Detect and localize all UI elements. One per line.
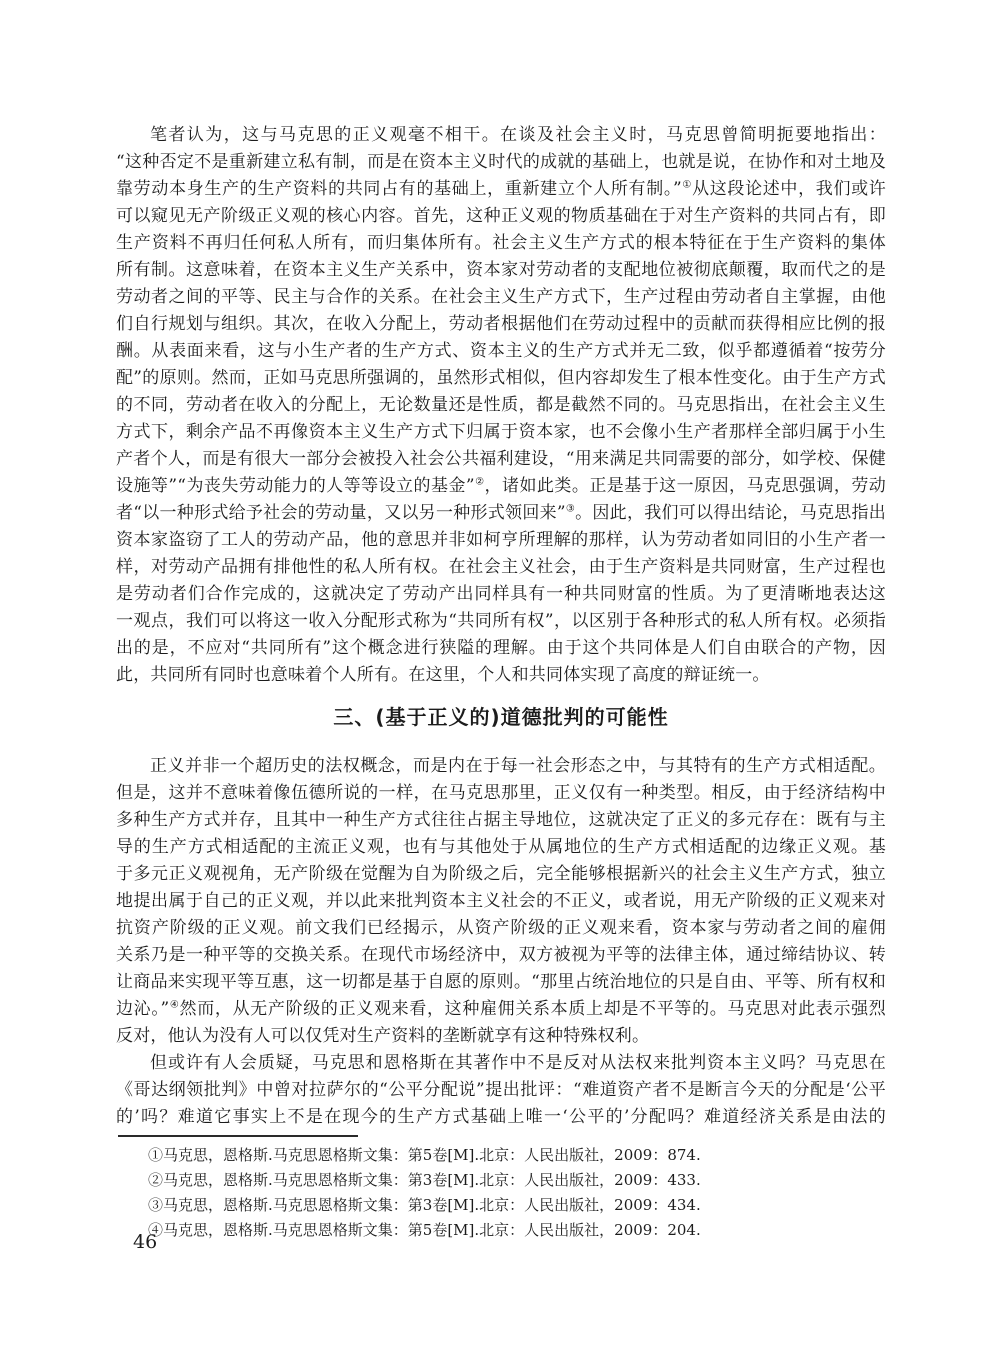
paragraph: 笔者认为，这与马克思的正义观毫不相干。在谈及社会主义时，马克思曾简明扼要地指出：…	[116, 122, 886, 689]
text-line: 产者个人，而是有很大一部分会被投入社会公共福利建设，“用来满足共同需要的部分，如…	[116, 446, 886, 473]
text-line: 生产资料不再归任何私人所有，而归集体所有。社会主义生产方式的根本特征在于生产资料…	[116, 230, 886, 257]
text-line: 所有制。这意味着，在资本主义生产关系中，资本家对劳动者的支配地位被彻底颠覆，取而…	[116, 257, 886, 284]
text-line: 《哥达纲领批判》中曾对拉萨尔的“公平分配说”提出批评：“难道资产者不是断言今天的…	[116, 1077, 886, 1104]
text-line: 出的是，不应对“共同所有”这个概念进行狭隘的理解。由于这个共同体是人们自由联合的…	[116, 635, 886, 662]
text-line: 正义并非一个超历史的法权概念，而是内在于每一社会形态之中，与其特有的生产方式相适…	[116, 753, 886, 780]
text-line: 配”的原则。然而，正如马克思所强调的，虽然形式相似，但内容却发生了根本性变化。由…	[116, 365, 886, 392]
text-line: 设施等”“为丧失劳动能力的人等等设立的基金”②，诸如此类。正是基于这一原因，马克…	[116, 473, 886, 500]
page-number: 46	[133, 1231, 157, 1253]
text-line: 劳动者之间的平等、民主与合作的关系。在社会主义生产方式下，生产过程由劳动者自主掌…	[116, 284, 886, 311]
text-line: 靠劳动本身生产的生产资料的共同占有的基础上，重新建立个人所有制。”①从这段论述中…	[116, 176, 886, 203]
text-line: 者“以一种形式给予社会的劳动量，又以另一种形式领回来”③。因此，我们可以得出结论…	[116, 500, 886, 527]
text-line: 酬。从表面来看，这与小生产者的生产方式、资本主义的生产方式并无二致，似乎都遵循着…	[116, 338, 886, 365]
footnote-separator	[118, 1135, 358, 1137]
text-line: 此，共同所有同时也意味着个人所有。在这里，个人和共同体实现了高度的辩证统一。	[116, 662, 886, 689]
text-line: 让商品来实现平等互惠，这一切都是基于自愿的原则。“那里占统治地位的只是自由、平等…	[116, 969, 886, 996]
text-line: 是劳动者们合作完成的，这就决定了劳动产出同样具有一种共同财富的性质。为了更清晰地…	[116, 581, 886, 608]
text-line: 资本家盗窃了工人的劳动产品，他的意思并非如柯亨所理解的那样，认为劳动者如同旧的小…	[116, 527, 886, 554]
text-line: 样，对劳动产品拥有排他性的私人所有权。在社会主义社会，由于生产资料是共同财富，生…	[116, 554, 886, 581]
text-line: 多种生产方式并存，且其中一种生产方式往往占据主导地位，这就决定了正义的多元存在：…	[116, 807, 886, 834]
text-line: 笔者认为，这与马克思的正义观毫不相干。在谈及社会主义时，马克思曾简明扼要地指出：	[116, 122, 886, 149]
footnote-area: ①马克思，恩格斯.马克思恩格斯文集：第5卷[M].北京：人民出版社，2009：8…	[116, 1131, 886, 1243]
section-heading: 三、(基于正义的)道德批判的可能性	[116, 702, 886, 732]
footnotes: ①马克思，恩格斯.马克思恩格斯文集：第5卷[M].北京：人民出版社，2009：8…	[116, 1143, 886, 1243]
text-line: 们自行规划与组织。其次，在收入分配上，劳动者根据他们在劳动过程中的贡献而获得相应…	[116, 311, 886, 338]
text-line: 但或许有人会质疑，马克思和恩格斯在其著作中不是反对从法权来批判资本主义吗？马克思…	[116, 1050, 886, 1077]
text-line: 可以窥见无产阶级正义观的核心内容。首先，这种正义观的物质基础在于对生产资料的共同…	[116, 203, 886, 230]
footnote-line: ③马克思，恩格斯.马克思恩格斯文集：第3卷[M].北京：人民出版社，2009：4…	[148, 1193, 886, 1218]
text-line: 方式下，剩余产品不再像资本主义生产方式下归属于资本家，也不会像小生产者那样全部归…	[116, 419, 886, 446]
body-text: 笔者认为，这与马克思的正义观毫不相干。在谈及社会主义时，马克思曾简明扼要地指出：…	[116, 122, 886, 1131]
text-line: 地提出属于自己的正义观，并以此来批判资本主义社会的不正义，或者说，用无产阶级的正…	[116, 888, 886, 915]
text-line: 于多元正义观视角，无产阶级在觉醒为自为阶级之后，完全能够根据新兴的社会主义生产方…	[116, 861, 886, 888]
text-line: 的’吗？难道它事实上不是在现今的生产方式基础上唯一‘公平的’分配吗？难道经济关系…	[116, 1104, 886, 1131]
paragraph: 但或许有人会质疑，马克思和恩格斯在其著作中不是反对从法权来批判资本主义吗？马克思…	[116, 1050, 886, 1131]
text-line: 反对，他认为没有人可以仅凭对生产资料的垄断就享有这种特殊权利。	[116, 1023, 886, 1050]
paragraph: 正义并非一个超历史的法权概念，而是内在于每一社会形态之中，与其特有的生产方式相适…	[116, 753, 886, 1050]
footnote-line: ④马克思，恩格斯.马克思恩格斯文集：第5卷[M].北京：人民出版社，2009：2…	[148, 1218, 886, 1243]
text-line: 抗资产阶级的正义观。前文我们已经揭示，从资产阶级的正义观来看，资本家与劳动者之间…	[116, 915, 886, 942]
text-line: 的不同，劳动者在收入的分配上，无论数量还是性质，都是截然不同的。马克思指出，在社…	[116, 392, 886, 419]
text-line: 但是，这并不意味着像伍德所说的一样，在马克思那里，正义仅有一种类型。相反，由于经…	[116, 780, 886, 807]
text-line: “这种否定不是重新建立私有制，而是在资本主义时代的成就的基础上，也就是说，在协作…	[116, 149, 886, 176]
footnote-line: ②马克思，恩格斯.马克思恩格斯文集：第3卷[M].北京：人民出版社，2009：4…	[148, 1168, 886, 1193]
text-line: 导的生产方式相适配的主流正义观，也有与其他处于从属地位的生产方式相适配的边缘正义…	[116, 834, 886, 861]
text-line: 一观点，我们可以将这一收入分配形式称为“共同所有权”，以区别于各种形式的私人所有…	[116, 608, 886, 635]
footnote-line: ①马克思，恩格斯.马克思恩格斯文集：第5卷[M].北京：人民出版社，2009：8…	[148, 1143, 886, 1168]
paper-page: 笔者认为，这与马克思的正义观毫不相干。在谈及社会主义时，马克思曾简明扼要地指出：…	[0, 0, 1000, 1347]
text-line: 关系乃是一种平等的交换关系。在现代市场经济中，双方被视为平等的法律主体，通过缔结…	[116, 942, 886, 969]
text-line: 边沁。”④然而，从无产阶级的正义观来看，这种雇佣关系本质上却是不平等的。马克思对…	[116, 996, 886, 1023]
